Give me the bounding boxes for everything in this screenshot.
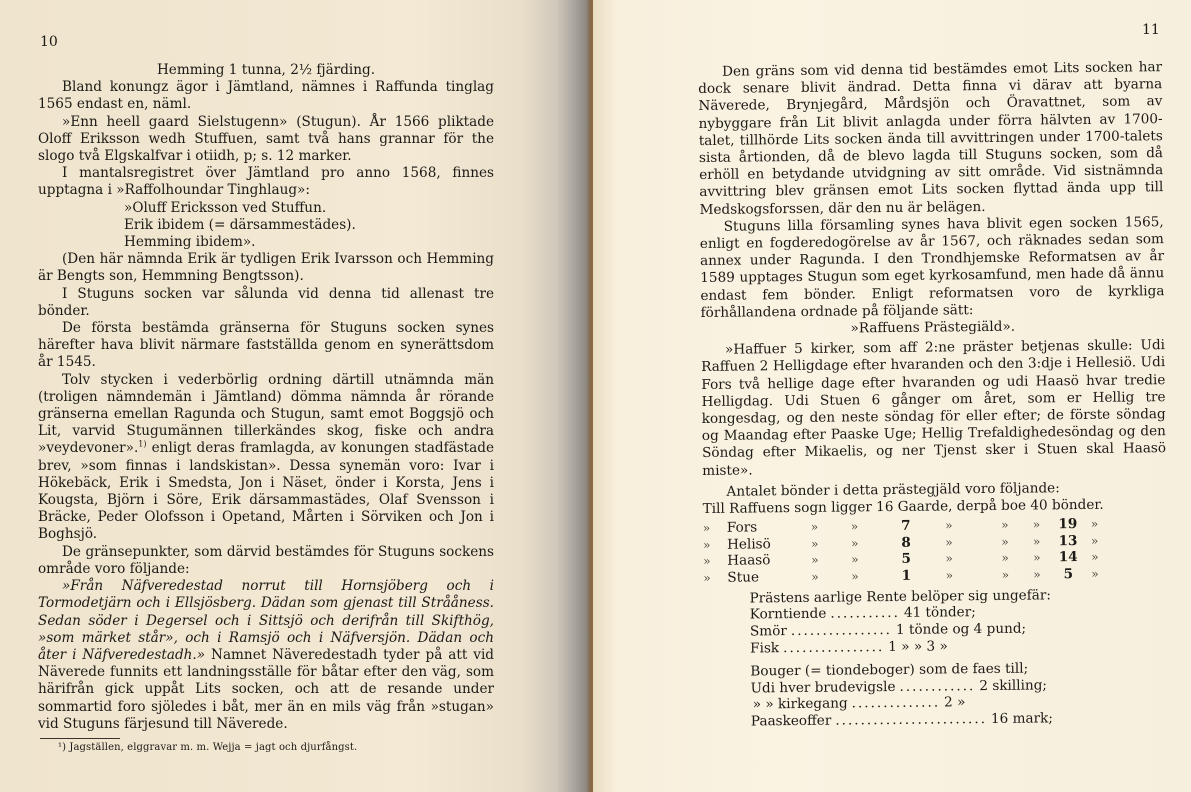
book-spine: [590, 0, 593, 792]
paragraph: Hemming 1 tunna, 2½ fjärding.: [38, 62, 494, 79]
footnote: ¹) Jagställen, elggravar m. m. Wejja = j…: [58, 742, 357, 753]
page-number-left: 10: [40, 34, 58, 50]
farms-table: » Fors » » 7 » » » 19 » » Helisö » » 8 »…: [703, 515, 1168, 586]
farm-name: Fors: [727, 519, 811, 536]
paragraph: »Från Näfveredestad norrut till Hornsjöb…: [38, 578, 494, 733]
paragraph: »Enn heell gaard Sielstugenn» (Stugun). …: [38, 114, 494, 166]
farms-intro: Till Raffuens sogn ligger 16 Gaarde, der…: [703, 496, 1167, 518]
paragraph: Tolv stycken i vederbörlig ordning därti…: [38, 372, 494, 544]
footnote-rule: [40, 738, 120, 739]
footnote-marker[interactable]: 1): [138, 440, 146, 449]
farm-name: Haasö: [727, 552, 811, 569]
paragraph: Bland konungz ägor i Jämtland, nämnes i …: [38, 79, 494, 113]
left-page-text: Hemming 1 tunna, 2½ fjärding. Bland konu…: [38, 62, 494, 733]
paragraph: Stuguns lilla församling synes hava bliv…: [700, 214, 1165, 322]
paragraph: »Haffuer 5 kirker, som aff 2:ne präster …: [701, 337, 1166, 479]
paragraph: I Stuguns socken var sålunda vid denna t…: [38, 286, 494, 320]
rente-list: Prästens aarlige Rente belöper sig ungef…: [750, 586, 1169, 731]
bonder-count: 13: [1053, 533, 1083, 550]
bonder-count: 14: [1053, 549, 1083, 566]
gaarde-count: 5: [891, 551, 921, 568]
right-page-text: Den gräns som vid denna tid bestämdes em…: [698, 59, 1169, 731]
table-row: » Stue » » 1 » » » 5 »: [703, 565, 1167, 586]
gaarde-count: 1: [891, 568, 921, 585]
quoted-line: »Oluff Ericksson ved Stuffun.: [124, 200, 494, 217]
paragraph: De första bestämda gränserna för Stuguns…: [38, 320, 494, 372]
paragraph: De gränsepunkter, som därvid bestämdes f…: [38, 544, 494, 578]
gaarde-count: 8: [891, 535, 921, 552]
gaarde-count: 7: [891, 518, 921, 535]
bonder-count: 5: [1053, 566, 1083, 583]
quoted-line: Erik ibidem (= därsammestädes).: [124, 217, 494, 234]
paragraph: I mantalsregistret över Jämtland pro ann…: [38, 165, 494, 199]
paragraph: (Den här nämnda Erik är tydligen Erik Iv…: [38, 251, 494, 285]
paragraph: Den gräns som vid denna tid bestämdes em…: [698, 59, 1164, 219]
farm-name: Stue: [727, 569, 811, 586]
bonder-count: 19: [1053, 516, 1083, 533]
page-number-right: 11: [1142, 22, 1160, 38]
farm-name: Helisö: [727, 536, 811, 553]
quoted-line: Hemming ibidem».: [124, 234, 494, 251]
